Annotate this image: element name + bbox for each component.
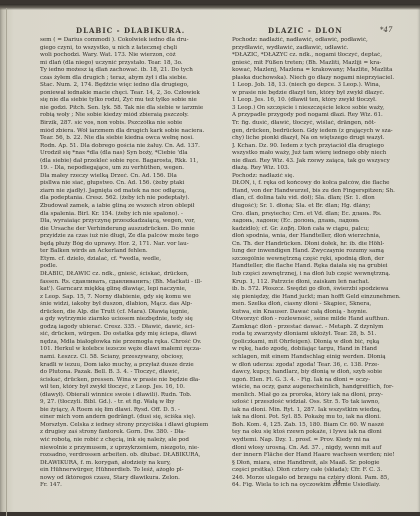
text-line: 3 Leop.) On szczęście i nieszczęście lek…	[232, 105, 412, 113]
text-line: Pochodz: nadłażić, nadławić, odławić, po…	[232, 37, 412, 45]
text-line: DŁON, i, f. ręka od końcowy do kołca pal…	[232, 180, 412, 188]
text-line: Zbudował zamek, a iabie gliną ze wszech …	[40, 203, 232, 211]
text-line: wić robotą, nie robić z chęcią, ink się …	[40, 437, 232, 445]
text-line: Fr. 147.	[40, 482, 232, 490]
text-line: z Leop. Sap. 15, 7. Norny dłabienie, gdy…	[40, 294, 232, 302]
text-line: Zamknąć dłoń - przestać dawać. - Metaph.…	[232, 324, 412, 332]
text-line: nami. Łeszcz. Cl. 58. Sciany, przeszywan…	[40, 354, 232, 362]
text-line: kat'). Garncarz miękką glinę dławiąc, le…	[40, 286, 232, 294]
text-line: Cn. Th. der Handrücken. Dłoni dołek, hr.…	[232, 241, 412, 249]
right-column: Pochodz: nadłażić, nadławić, odławić, po…	[232, 37, 412, 490]
text-line: 101. Herkul w kolebce iezscze węże dławi…	[40, 346, 232, 354]
text-line: płaska duchowska). Niech go dłazy nogami…	[232, 75, 412, 83]
text-line: mi dlań (dla niego) uczynić przystało. T…	[40, 60, 232, 68]
text-line: giego czyni, to wszystko, u nich z łatec…	[40, 45, 232, 53]
text-line: *DŁAZIC, *DŁAZYC cz. ndk., nogami tłoczy…	[232, 52, 412, 60]
text-line: tey na oku się ktoś rzewn pokaże, i Iywu…	[232, 429, 412, 437]
text-line: J. Kchan. Dz. 90. Iedem z tych przyiació…	[232, 143, 412, 151]
text-line: szłość i przeszłość widział. Oss. Str. 5…	[232, 399, 412, 407]
text-line: Handteller, die flache Hand. Ręka daiała…	[232, 263, 412, 271]
left-column: sem ( = Darius commodi ). Cokolwiek iedn…	[40, 37, 232, 490]
text-line: gnieść, mit Füßen treten; (Bh. Mazliti, …	[232, 60, 412, 68]
text-line: fassen. Rs. сдавливать, сдавливанить; (B…	[40, 279, 232, 287]
text-line: przyidzie za czas iuż nie długi, Że dla …	[40, 233, 232, 241]
signature-mark: 34 ..	[334, 480, 346, 486]
text-line: Rodn. Ap. 51. Dla dobrego gościa nie żał…	[40, 143, 232, 151]
text-line: dłażą. Rey Wiz. 103.	[232, 165, 412, 173]
running-header-right: DLAZIC - DLON	[268, 26, 343, 35]
text-line: ziarn nie zjadły). Jagnięta od matek na …	[40, 188, 232, 196]
text-line: 19. - Dla, nepodiegające, um zu verhüthe…	[40, 165, 232, 173]
text-line: Tear. 56, b. 22. Nie dla siebie kiedna o…	[40, 135, 232, 143]
text-line: nie godzi. Pitch. Sen. lyk. 58. Tak nie …	[40, 105, 232, 113]
text-line: § Dłoń, miara, eine Handbreit, als Maaß.…	[232, 460, 412, 468]
text-line: iak na dłoni. Pot. Syl. 85. Pokażę mu to…	[232, 414, 412, 422]
text-line: nędza, Mdła białogłowka nie przemogła rę…	[40, 339, 232, 347]
binding-edge	[6, 8, 7, 512]
text-line: drücken, die Alp. die Trutt (cf. Mara). …	[40, 309, 232, 317]
text-line: menlich. Miał go za proroka, który iak n…	[232, 392, 412, 400]
text-line: dla spalenia. Birl. Kr. 154. (żeby ich n…	[40, 211, 232, 219]
text-line: 9, 27. (tłoczyli. Bibl. Gd.). - tr. et f…	[40, 399, 232, 407]
text-line: wił ten, który był zwykł tłoczyć, z Leop…	[40, 384, 232, 392]
text-line: ściskać, drücken, pressen. Wina w prasie…	[40, 377, 232, 385]
text-line: (dławył). Obierali winnice swoie i dławi…	[40, 392, 232, 400]
text-line: wszystko mało waży, Już tam wierę iedneg…	[232, 150, 412, 158]
book-edge-shadow	[0, 4, 420, 10]
text-line: Birzik, 287. sic vos, non vobis. Pszczół…	[40, 120, 232, 128]
text-line: Stac. Num. 2, 174. Będźcie więc iedno dl…	[40, 82, 232, 90]
text-line: Dla, wyraiaiąc przyczynę przeszkadzaiącą…	[40, 218, 232, 226]
text-line: w dłoń uderza: zgoda! zgoda! Tear. 36, c…	[232, 362, 412, 370]
text-line: w prasie nie będzie dłazył ten, który by…	[232, 90, 412, 98]
text-line: 1 Leop. Jes. 16, 10. (dławił ten, który …	[232, 97, 412, 105]
text-line: Hand, von der Handwurzel, bis zu den Fin…	[232, 188, 412, 196]
text-line: DŁABIC, DŁAWIC cz. ndk., gnieść, ściskać…	[40, 271, 232, 279]
text-line: Cro. dlan, prsyiecho; Crn. et Vd. dlan; …	[232, 211, 412, 219]
text-line: będą płuży Bóg do uprawy. Hor. 2, 171. N…	[40, 241, 232, 249]
page-number: *47	[380, 26, 392, 34]
text-line: Boh. Kom. 4, 125. Zab. 15, 180. Biam Cr.…	[232, 422, 412, 430]
text-line: robią woły ; Nie sobie kiedzy miód zbier…	[40, 112, 232, 120]
text-line: nie dłazi. Rey Wiz. 43. Jak rzewy zaiąca…	[232, 158, 412, 166]
text-line: pisllwa nie siać, głupstwo. Cn. Ad. 156.…	[40, 180, 232, 188]
text-line: dla podeptania. Cresz. 562. (żeby ich ni…	[40, 195, 232, 203]
text-line: przydławić, wydławić, zadławić, udławić.	[232, 45, 412, 53]
text-line: lung der inwendigen Hand. Zwyczaynie roz…	[232, 248, 412, 256]
text-line: kadzidło); cf. Gr. λαβὴ. Dłoń cała w cią…	[232, 226, 412, 234]
text-line: nowy od iktóregoś czasu, Stary dławikura…	[40, 475, 232, 483]
text-line: men. Szelka dłoń, ciasny dłoni - Skąpiec…	[232, 301, 412, 309]
text-line: Krup. 1, 112. Patrzcie dłoni, zaiskam le…	[232, 279, 412, 287]
text-line: długość); Sr. 1. dłońa; Sla. et Br. dlan…	[232, 203, 412, 211]
text-line: (dla siebie) dał przekleć sobie ręce. Ba…	[40, 158, 232, 166]
text-line: bie żyiący, A Roem się łim dławi. Rysd. …	[40, 407, 232, 415]
text-line: miód zbiera. Wół iarzmem dla drugich kar…	[40, 128, 232, 136]
text-line: ugoń. Elen. Fl. G. 3. 4. - Fig. Iak na d…	[232, 377, 412, 385]
text-line: wydtemi. Nap. Dzy. 1. prosf. = Prov. Kie…	[232, 437, 412, 445]
text-line: lub części zewnętrznej, i na dłoń lub cz…	[232, 271, 412, 279]
text-line: śnie widzi, iakoby był duszon, dłabion, …	[40, 301, 232, 309]
text-line: części prsitka). Dłoń cztery całe (skład…	[232, 467, 412, 475]
text-line: dlan, cf. dolina talu vid. dół); Sla. dl…	[232, 195, 412, 203]
text-line: rozsadno, verdrossen arbeiten. ob. dłuba…	[40, 452, 232, 460]
text-line: Tr. fig. dusić, dławić, tłoczyć, wiślać,…	[232, 120, 412, 128]
text-line: podle.	[40, 263, 232, 271]
text-line: poniewał iednakie macie chęci. Tear. 14,…	[40, 90, 232, 98]
text-line: ладонь, ладони; (Ec. долонь, длань, ладо…	[232, 218, 412, 226]
text-line: się pieniędzy, die Hand juckt; man hofft…	[232, 294, 412, 302]
text-line: godzą iagody ubierać. Cresz. 335. - Dław…	[40, 324, 232, 332]
text-line: a gdy wytrzymie ziarnko uciosem niezbędn…	[40, 316, 232, 324]
text-line: kutwa, ein Knauser. Dawać całą dłonią - …	[232, 309, 412, 317]
running-header-left: DLABIC - DLABIKURA.	[76, 26, 185, 35]
text-line: Ty iedno moźesz ią dlań zachować. ib. 18…	[40, 67, 232, 75]
text-line: A przypadłe przygody pod nogami dłazi. R…	[232, 112, 412, 120]
text-line: kradli w iezuu, Dom iako muchy, a przyła…	[40, 362, 232, 370]
text-line: Urodził się *nas *dla (dla nas) Syn boży…	[40, 150, 232, 158]
text-line: ib. b. 572. Płoszcz. Swędzi go dłoń, świ…	[232, 286, 412, 294]
text-line: ein Hühnerwürger, Hühnerdieb. To leśź, a…	[40, 467, 232, 475]
text-line: 64. Fig. Wiela to ich na oyczowkim ziemi…	[232, 482, 412, 490]
text-line: gen, drücken, bedrücken. Gdy iedem (z gr…	[232, 128, 412, 136]
text-line: dawcy, kupcy, handlarz, biy dłonią w dło…	[232, 369, 412, 377]
text-line: DŁAWIKURA, f. m. korygań, ałodzieiy na k…	[40, 460, 232, 468]
text-line: der innern Fläche der Hand Haare wachsen…	[232, 452, 412, 460]
text-line: Otworzyć dłoń - rozlewność, seine milde …	[232, 316, 412, 324]
text-line: do Plutona. Pazak. Bell. B. 3. 4. - Tłoc…	[40, 369, 232, 377]
text-line: ter Balken wirds an Ackerland fehlen.	[40, 248, 232, 256]
text-line: 246. Morze ulegało od brzegu na cztéry d…	[232, 475, 412, 483]
text-line: z drugiey zaś strony fantorek. Gorn. Dw.…	[40, 429, 232, 437]
text-line: (policzkami, mit Ohrfeigen). Dłonią w dł…	[232, 339, 412, 347]
text-line: Dla małey rzeczy wielką Drzeć. Cn. Ad. 1…	[40, 173, 232, 181]
text-line: Pochodz: nadłazić się.	[232, 173, 412, 181]
text-line: chy) liche pionki dłazył, Na on więtszeg…	[232, 135, 412, 143]
text-line: woli pochodzi. Wary. Wat. 173. Nie wierz…	[40, 52, 232, 60]
text-line: sić, drücken, würgen. Do ostatka gdy mię…	[40, 331, 232, 339]
text-line: roda tę zwarzysty dłoniami ukłożył. Tear…	[232, 331, 412, 339]
text-line: die Ursache der Verhinderung auszudrücke…	[40, 226, 232, 234]
text-line: dłoni włosy urosną. Cn. Ad. 37. , nigdy,…	[232, 445, 412, 453]
text-line: dłoń spodnia, wnia, der Handteller, dłoń…	[232, 233, 412, 241]
text-line: einer mich vom andern gedrängt. (dusi si…	[40, 414, 232, 422]
text-line: 1 Leop. Job. 18, 13. (niech go depce. 3 …	[232, 82, 412, 90]
text-line: sem ( = Darius commodi ). Cokolwiek iedn…	[40, 37, 232, 45]
text-line: czas żyłem dla drugich ; teraz, abym żył…	[40, 75, 232, 83]
text-line: schlagen, mit einem Handschlag einig wer…	[232, 354, 412, 362]
text-line: Etym. cf. dzielo, dzialać, cf. *wedla, w…	[40, 256, 232, 264]
text-line: wiście, na oczy, ganz augenscheinlich, h…	[232, 384, 412, 392]
text-line: w rękę, hado zgodę, dobiiając targu, Han…	[232, 346, 412, 354]
text-line: szczególnie wewnętrzną część ręki, spodn…	[232, 256, 412, 264]
text-line: się nie dla siebie tylko rodzi, Żyć mu t…	[40, 97, 232, 105]
dictionary-page: DLABIC - DLABIKURA. DLAZIC - DLON *47 se…	[0, 4, 420, 512]
text-line: iak na dłoni. Min. Ryt. 1, 287. Iak wszy…	[232, 407, 412, 415]
text-line: kować, Mazlenj, Mazlena = krakowany; Maz…	[232, 67, 412, 75]
text-line: niewolnie z przymusem, z uprzykrzeniem, …	[40, 445, 232, 453]
text-line: Morsztyn. Celska z iedney strony przyciś…	[40, 422, 232, 430]
